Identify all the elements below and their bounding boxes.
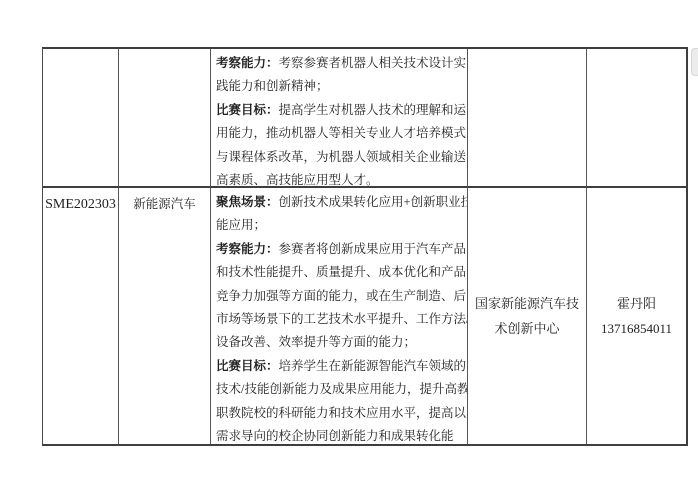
text-line: 高素质、高技能应用型人才。 (216, 169, 464, 188)
table-cell-organization-row2: 国家新能源汽车技术创新中心 (468, 188, 587, 444)
table-cell-contact-row1 (587, 49, 686, 188)
table-cell-competition-id-row2: SME202303 (43, 188, 119, 444)
text-line: 考察能力：考察参赛者机器人相关技术设计实 (216, 52, 464, 75)
text-line: 国家新能源汽车技 (475, 291, 579, 316)
text-line: 术创新中心 (494, 316, 559, 341)
text-line: 与课程体系改革，为机器人领域相关企业输送 (216, 146, 464, 169)
text-line: 比赛目标：培养学生在新能源智能汽车领域的 (216, 355, 464, 378)
text-line: 和技术性能提升、质量提升、成本优化和产品 (216, 261, 464, 284)
text-line: 13716854011 (601, 316, 672, 341)
text-line: 职教院校的科研能力和技术应用水平，提高以 (216, 402, 464, 425)
text-line: 用能力，推动机器人等相关专业人才培养模式 (216, 122, 464, 145)
text-line: 市场等场景下的工艺技术水平提升、工作方法/ (216, 308, 464, 331)
text-line: 设备改善、效率提升等方面的能力； (216, 331, 464, 354)
table-cell-organization-row1 (468, 49, 587, 188)
text-line: 技术/技能创新能力及成果应用能力，提升高教/ (216, 378, 464, 401)
text-line: 践能力和创新精神； (216, 75, 464, 98)
text-line: 比赛目标：提高学生对机器人技术的理解和运 (216, 99, 464, 122)
table-cell-description-row2: 聚焦场景：创新技术成果转化应用+创新职业技能应用；考察能力：参赛者将创新成果应用… (211, 188, 468, 444)
table-cell-description-row1: 考察能力：考察参赛者机器人相关技术设计实践能力和创新精神；比赛目标：提高学生对机… (211, 49, 468, 188)
table-cell-contact-row2: 霍丹阳13716854011 (587, 188, 686, 444)
text-line: 考察能力：参赛者将创新成果应用于汽车产品 (216, 238, 464, 261)
text-line: 竞争力加强等方面的能力，或在生产制造、后 (216, 285, 464, 308)
table-cell-track-row1 (119, 49, 211, 188)
scrollbar-thumb[interactable] (691, 48, 698, 76)
document-page: 考察能力：考察参赛者机器人相关技术设计实践能力和创新精神；比赛目标：提高学生对机… (0, 0, 698, 491)
table-cell-track-row2: 新能源汽车 (119, 188, 211, 444)
text-line: 聚焦场景：创新技术成果转化应用+创新职业技 (216, 191, 464, 214)
table-cell-competition-id-row1 (43, 49, 119, 188)
text-line: 霍丹阳 (617, 291, 656, 316)
text-line: 能应用； (216, 214, 464, 237)
text-line: 需求导向的校企协同创新能力和成果转化能 (216, 425, 464, 444)
competition-table: 考察能力：考察参赛者机器人相关技术设计实践能力和创新精神；比赛目标：提高学生对机… (42, 47, 688, 446)
